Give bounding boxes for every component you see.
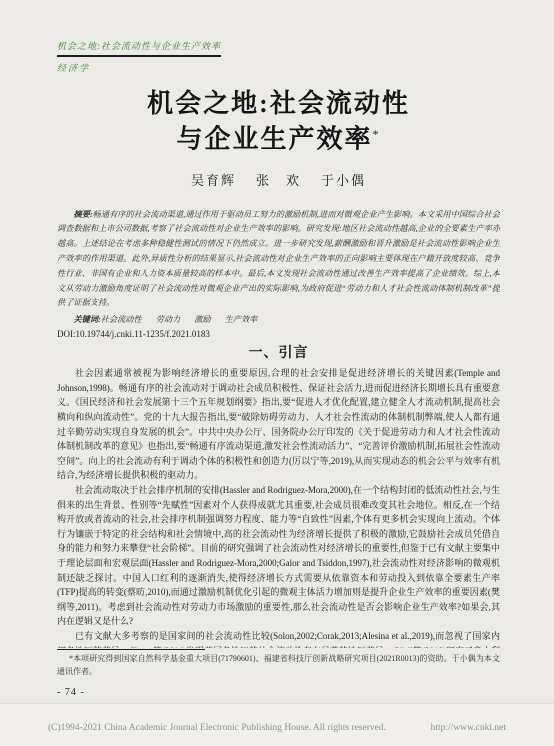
- keyword: 劳动力: [156, 315, 181, 324]
- footnote-block: *本项研究得到国家自然科学基金重大项目(71790601)、福建省科技厅创新战略…: [57, 649, 500, 678]
- abstract-label: 摘要:: [73, 210, 92, 219]
- author-list: 吴育辉 张 欢 于小偶: [57, 173, 500, 189]
- keyword: 社会流动性: [101, 315, 142, 324]
- doi-line: DOI:10.19744/j.cnki.11-1235/f.2021.0183: [57, 328, 500, 341]
- cnki-url: http://www.cnki.net: [431, 722, 506, 734]
- funding-footnote: *本项研究得到国家自然科学基金重大项目(71790601)、福建省科技厅创新战略…: [57, 653, 500, 678]
- subject-category: 经济学: [57, 62, 500, 74]
- abstract-text: 畅通有序的社会流动渠道,通过作用于驱动员工努力的激励机制,进而对微观企业产生影响…: [57, 210, 500, 308]
- keywords-line: 关键词:社会流动性劳动力激励生产效率: [57, 313, 500, 326]
- keywords-label: 关键词:: [73, 315, 100, 324]
- keyword: 激励: [194, 315, 210, 324]
- article-title: 机会之地:社会流动性与企业生产效率*: [57, 88, 500, 155]
- running-head: 机会之地:社会流动性与企业生产效率: [57, 40, 221, 57]
- title-footnote-mark: *: [373, 127, 381, 141]
- abstract-paragraph: 摘要:畅通有序的社会流动渠道,通过作用于驱动员工努力的激励机制,进而对微观企业产…: [57, 208, 500, 312]
- author-name: 张 欢: [256, 173, 301, 189]
- author-name: 吴育辉: [191, 173, 236, 189]
- body-paragraph: 已有文献大多考察的是国家间的社会流动性比较(Solon,2002;Corak,2…: [57, 629, 500, 648]
- article-title-line2: 与企业生产效率: [176, 125, 372, 154]
- body-paragraph: 社会因素通常被视为影响经济增长的重要原因,合理的社会安排是促进经济增长的关键因素…: [57, 366, 500, 483]
- scanned-paper-page: 机会之地:社会流动性与企业生产效率 经济学 机会之地:社会流动性与企业生产效率*…: [0, 0, 554, 746]
- section-heading-introduction: 一、引言: [57, 344, 500, 363]
- article-title-line1: 机会之地:社会流动性: [147, 89, 410, 118]
- page-number: - 74 -: [57, 687, 85, 698]
- keyword: 生产效率: [225, 315, 258, 324]
- footnote-divider: [57, 649, 205, 650]
- running-head-block: 机会之地:社会流动性与企业生产效率 经济学: [57, 0, 500, 74]
- author-name: 于小偶: [321, 173, 366, 189]
- copyright-text: (C)1994-2021 China Academic Journal Elec…: [48, 722, 386, 734]
- page-content: 机会之地:社会流动性与企业生产效率 经济学 机会之地:社会流动性与企业生产效率*…: [57, 0, 500, 648]
- cnki-copyright-bar: (C)1994-2021 China Academic Journal Elec…: [48, 722, 506, 734]
- body-paragraph: 社会流动取决于社会排序机制的安排(Hassler and Rodriguez-M…: [57, 483, 500, 629]
